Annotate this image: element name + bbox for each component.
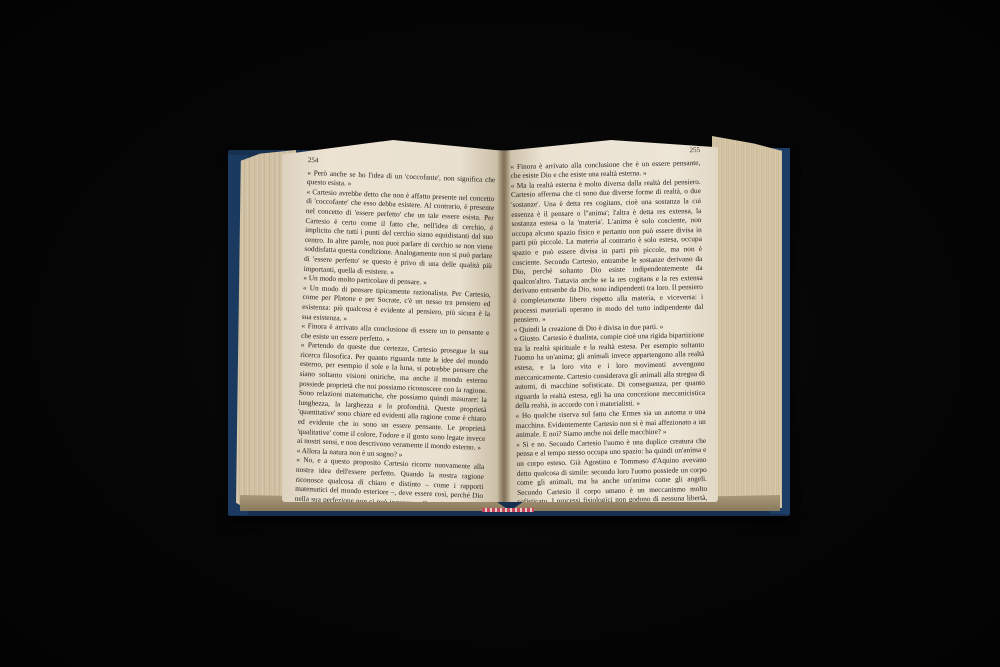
right-page: 255 « Finora è arrivato alla conclusione…: [504, 140, 718, 502]
paragraph: « Cartesio avrebbe detto che non è affat…: [304, 187, 495, 280]
right-page-text: 255 « Finora è arrivato alla conclusione…: [510, 146, 708, 502]
paragraph: « Partendo da queste due certezze, Carte…: [297, 340, 489, 453]
right-page-stack: [712, 136, 782, 508]
left-page: 254 « Però anche se ho l'idea di un 'coc…: [282, 140, 504, 502]
paragraph: « No, e a questo proposito Cartesio rico…: [294, 455, 484, 502]
paragraph: « Sì e no. Secondo Cartesio l'uomo è una…: [516, 436, 708, 502]
ribbon-bookmark: [482, 508, 534, 512]
paragraph: « Ho qualche riserva sul fatto che Ermes…: [515, 407, 706, 440]
paragraph: « Ma la realtà esterna è molto diversa d…: [511, 177, 704, 325]
paragraph: « Giusto. Cartesio è dualista, compie ci…: [514, 330, 706, 411]
left-page-text: 254 « Però anche se ho l'idea di un 'coc…: [294, 156, 496, 502]
book-spine-gutter: [497, 150, 511, 502]
